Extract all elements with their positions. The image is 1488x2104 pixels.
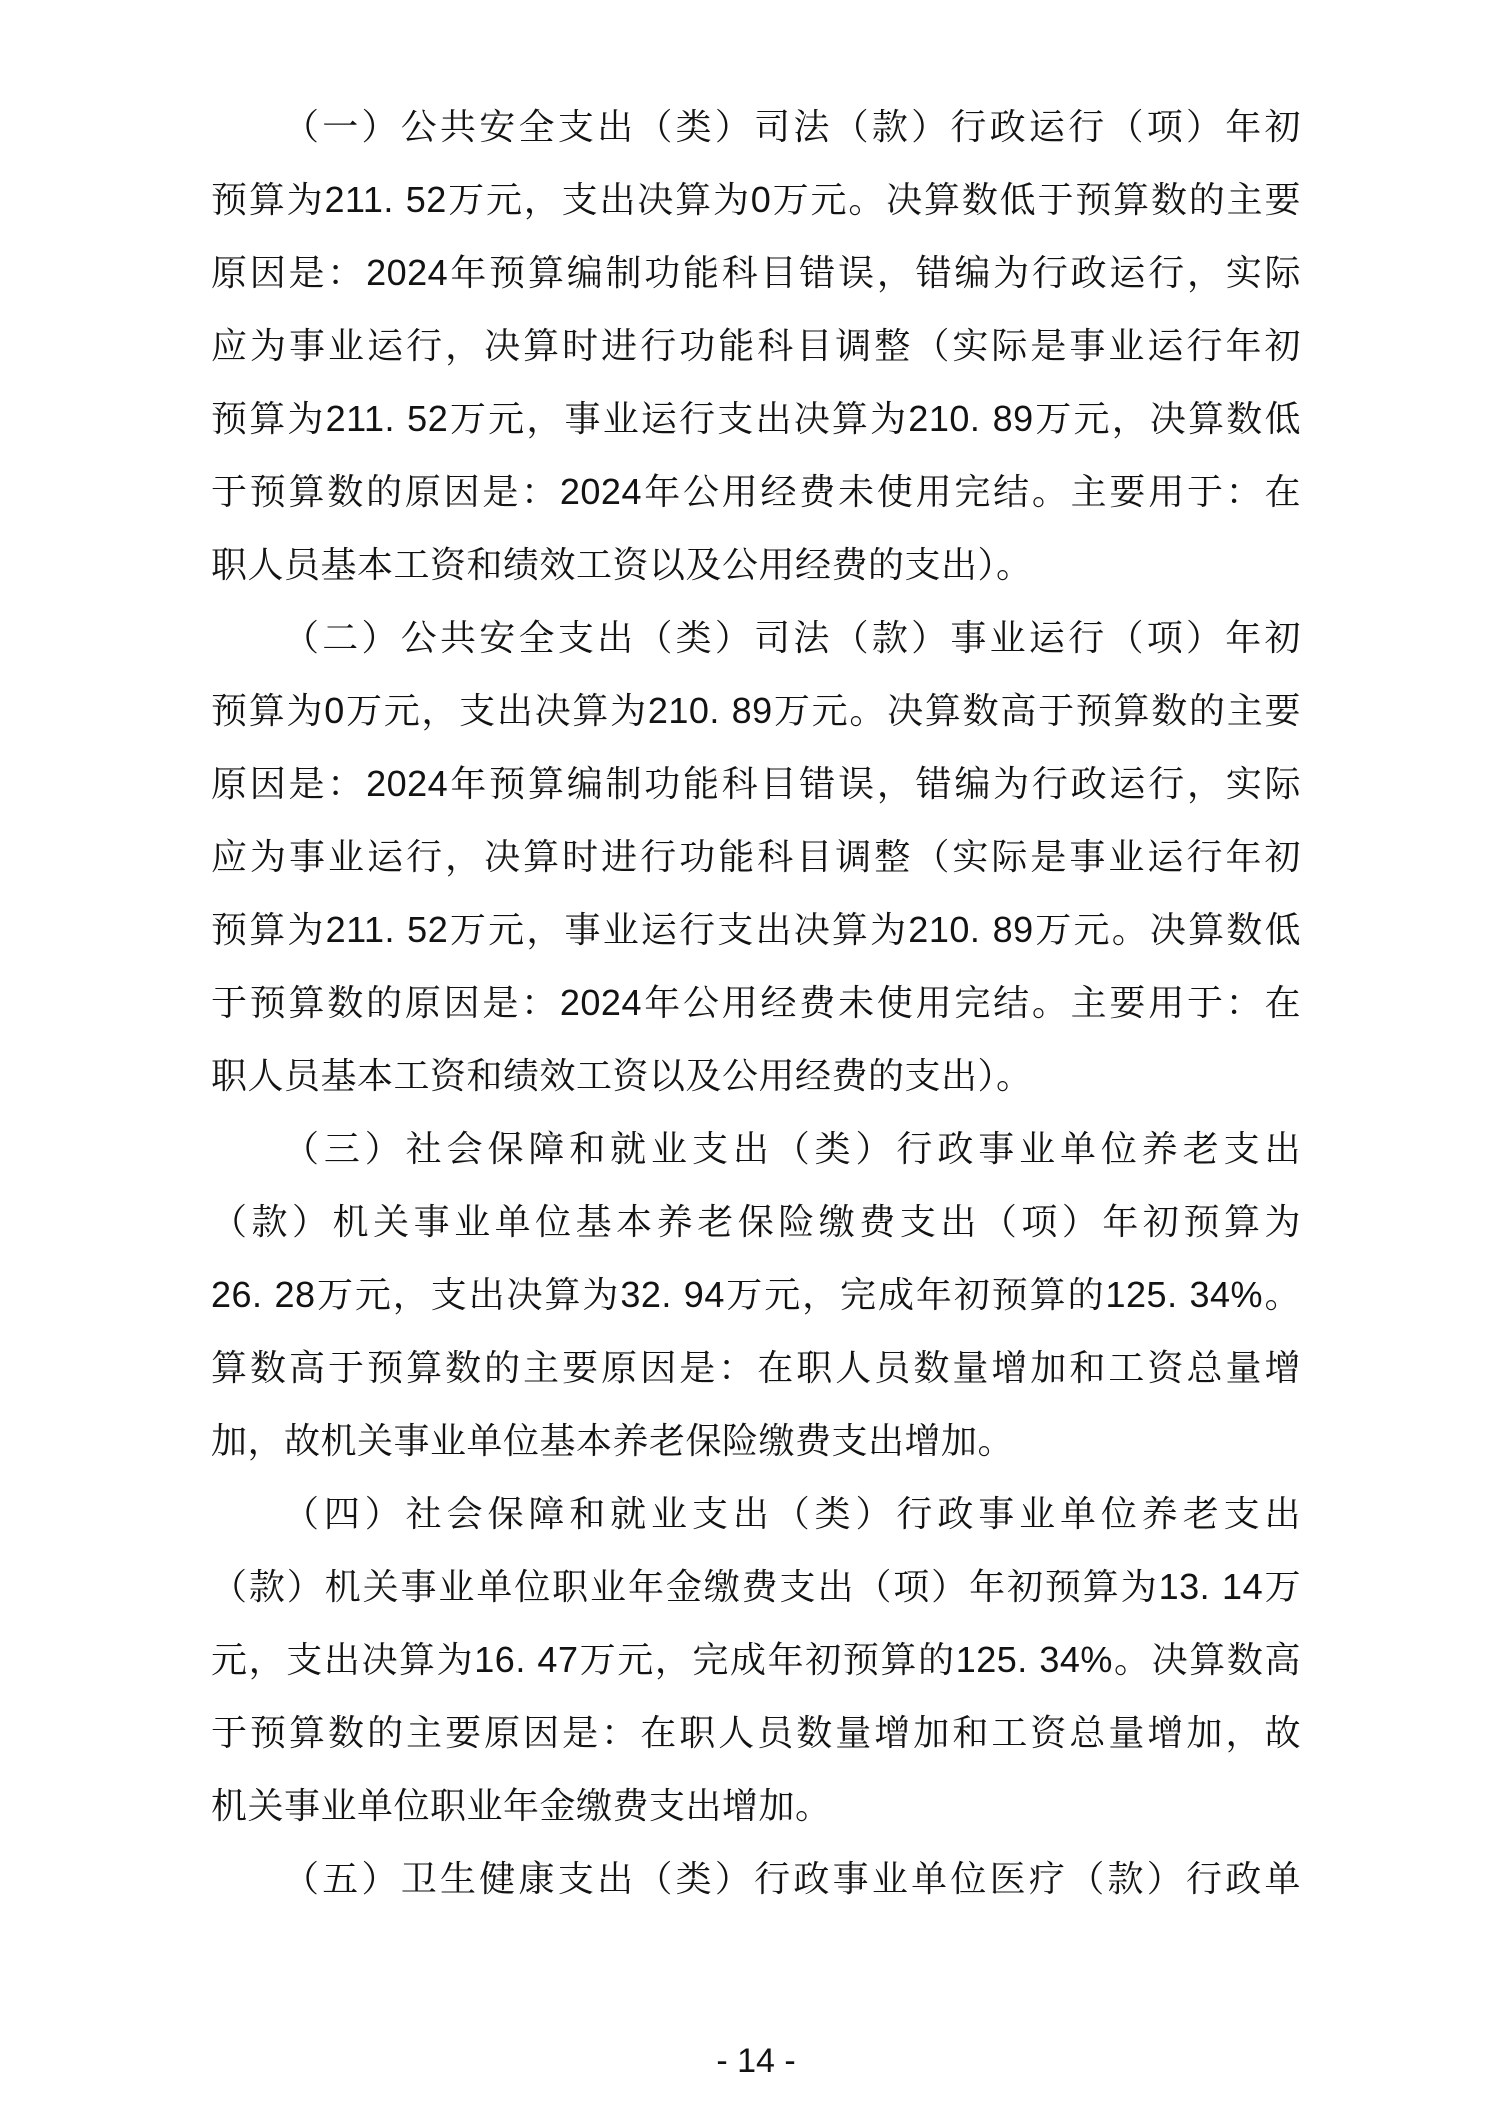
text-line: 加，故机关事业单位基本养老保险缴费支出增加。 xyxy=(211,1404,1301,1477)
paragraph: （五）卫生健康支出（类）行政事业单位医疗（款）行政单 xyxy=(211,1842,1301,1915)
text-line: 预算为211. 52万元，事业运行支出决算为210. 89万元，决算数低 xyxy=(211,382,1301,455)
text-line: （三）社会保障和就业支出（类）行政事业单位养老支出 xyxy=(211,1112,1301,1185)
text-line: 机关事业单位职业年金缴费支出增加。 xyxy=(211,1769,1301,1842)
text-line: 原因是：2024年预算编制功能科目错误，错编为行政运行，实际 xyxy=(211,747,1301,820)
paragraph: （二）公共安全支出（类）司法（款）事业运行（项）年初预算为0万元，支出决算为21… xyxy=(211,601,1301,1112)
text-line: 应为事业运行，决算时进行功能科目调整（实际是事业运行年初 xyxy=(211,820,1301,893)
text-line: （一）公共安全支出（类）司法（款）行政运行（项）年初 xyxy=(211,90,1301,163)
text-line: （款）机关事业单位基本养老保险缴费支出（项）年初预算为 xyxy=(211,1185,1301,1258)
paragraph: （三）社会保障和就业支出（类）行政事业单位养老支出（款）机关事业单位基本养老保险… xyxy=(211,1112,1301,1477)
document-body: （一）公共安全支出（类）司法（款）行政运行（项）年初预算为211. 52万元，支… xyxy=(211,90,1301,1915)
text-line: （五）卫生健康支出（类）行政事业单位医疗（款）行政单 xyxy=(211,1842,1301,1915)
text-line: （四）社会保障和就业支出（类）行政事业单位养老支出 xyxy=(211,1477,1301,1550)
text-line: 于预算数的主要原因是：在职人员数量增加和工资总量增加，故 xyxy=(211,1696,1301,1769)
text-line: （款）机关事业单位职业年金缴费支出（项）年初预算为13. 14万 xyxy=(211,1550,1301,1623)
document-page: （一）公共安全支出（类）司法（款）行政运行（项）年初预算为211. 52万元，支… xyxy=(0,0,1488,2104)
text-line: 职人员基本工资和绩效工资以及公用经费的支出）。 xyxy=(211,528,1301,601)
text-line: 预算为211. 52万元，支出决算为0万元。决算数低于预算数的主要 xyxy=(211,163,1301,236)
text-line: 26. 28万元，支出决算为32. 94万元，完成年初预算的125. 34%。决 xyxy=(211,1258,1301,1331)
text-line: 元，支出决算为16. 47万元，完成年初预算的125. 34%。决算数高 xyxy=(211,1623,1301,1696)
text-line: 预算为211. 52万元，事业运行支出决算为210. 89万元。决算数低 xyxy=(211,893,1301,966)
text-line: 职人员基本工资和绩效工资以及公用经费的支出）。 xyxy=(211,1039,1301,1112)
text-line: 于预算数的原因是：2024年公用经费未使用完结。主要用于：在 xyxy=(211,455,1301,528)
text-line: 原因是：2024年预算编制功能科目错误，错编为行政运行，实际 xyxy=(211,236,1301,309)
text-line: 预算为0万元，支出决算为210. 89万元。决算数高于预算数的主要 xyxy=(211,674,1301,747)
paragraph: （四）社会保障和就业支出（类）行政事业单位养老支出（款）机关事业单位职业年金缴费… xyxy=(211,1477,1301,1842)
text-line: （二）公共安全支出（类）司法（款）事业运行（项）年初 xyxy=(211,601,1301,674)
page-number: - 14 - xyxy=(211,2038,1301,2084)
text-line: 算数高于预算数的主要原因是：在职人员数量增加和工资总量增 xyxy=(211,1331,1301,1404)
text-line: 应为事业运行，决算时进行功能科目调整（实际是事业运行年初 xyxy=(211,309,1301,382)
text-line: 于预算数的原因是：2024年公用经费未使用完结。主要用于：在 xyxy=(211,966,1301,1039)
paragraph: （一）公共安全支出（类）司法（款）行政运行（项）年初预算为211. 52万元，支… xyxy=(211,90,1301,601)
